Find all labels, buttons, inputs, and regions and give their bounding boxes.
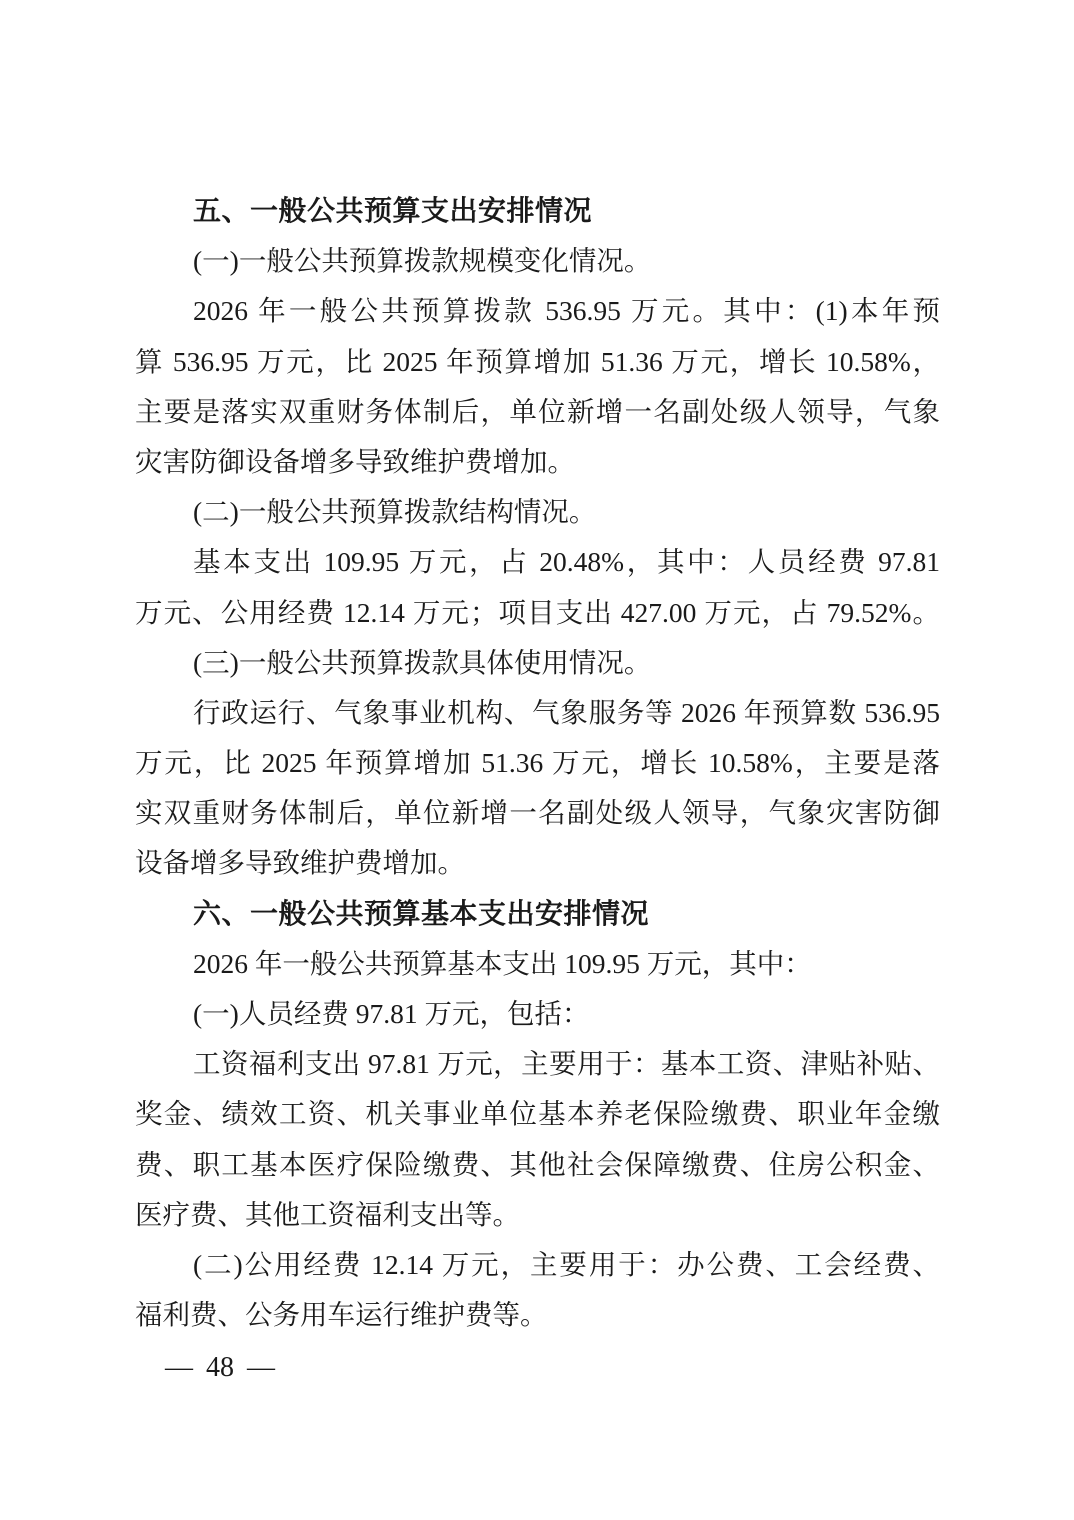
- body-line: 工资福利支出 97.81 万元，主要用于：基本工资、津贴补贴、: [135, 1039, 940, 1089]
- section-heading: 五、一般公共预算支出安排情况: [135, 186, 940, 236]
- body-line: (三)一般公共预算拨款具体使用情况。: [135, 638, 940, 688]
- body-line: 费、职工基本医疗保险缴费、其他社会保障缴费、住房公积金、: [135, 1140, 940, 1190]
- body-line: 医疗费、其他工资福利支出等。: [135, 1190, 940, 1240]
- page-number: 48: [206, 1351, 234, 1385]
- footer-dash-right: —: [247, 1351, 275, 1385]
- body-line: 行政运行、气象事业机构、气象服务等 2026 年预算数 536.95: [135, 688, 940, 738]
- footer-dash-left: —: [165, 1351, 193, 1385]
- body-line: 基本支出 109.95 万元，占 20.48%，其中：人员经费 97.81: [135, 537, 940, 587]
- body-line: (一)人员经费 97.81 万元，包括：: [135, 989, 940, 1039]
- body-line: 主要是落实双重财务体制后，单位新增一名副处级人领导，气象: [135, 387, 940, 437]
- body-line: 2026 年一般公共预算拨款 536.95 万元。其中：(1)本年预: [135, 286, 940, 336]
- body-line: (一)一般公共预算拨款规模变化情况。: [135, 236, 940, 286]
- document-body: 五、一般公共预算支出安排情况(一)一般公共预算拨款规模变化情况。2026 年一般…: [135, 186, 940, 1340]
- section-heading: 六、一般公共预算基本支出安排情况: [135, 889, 940, 939]
- body-line: (二)公用经费 12.14 万元，主要用于：办公费、工会经费、: [135, 1240, 940, 1290]
- body-line: 万元，比 2025 年预算增加 51.36 万元，增长 10.58%，主要是落: [135, 738, 940, 788]
- body-line: 奖金、绩效工资、机关事业单位基本养老保险缴费、职业年金缴: [135, 1089, 940, 1139]
- body-line: 实双重财务体制后，单位新增一名副处级人领导，气象灾害防御: [135, 788, 940, 838]
- document-page: 五、一般公共预算支出安排情况(一)一般公共预算拨款规模变化情况。2026 年一般…: [0, 0, 1074, 1520]
- body-line: 福利费、公务用车运行维护费等。: [135, 1290, 940, 1340]
- body-line: 2026 年一般公共预算基本支出 109.95 万元，其中：: [135, 939, 940, 989]
- body-line: 灾害防御设备增多导致维护费增加。: [135, 437, 940, 487]
- page-footer: — 48 —: [165, 1351, 275, 1385]
- body-line: (二)一般公共预算拨款结构情况。: [135, 487, 940, 537]
- body-line: 万元、公用经费 12.14 万元；项目支出 427.00 万元，占 79.52%…: [135, 588, 940, 638]
- body-line: 设备增多导致维护费增加。: [135, 838, 940, 888]
- body-line: 算 536.95 万元，比 2025 年预算增加 51.36 万元，增长 10.…: [135, 337, 940, 387]
